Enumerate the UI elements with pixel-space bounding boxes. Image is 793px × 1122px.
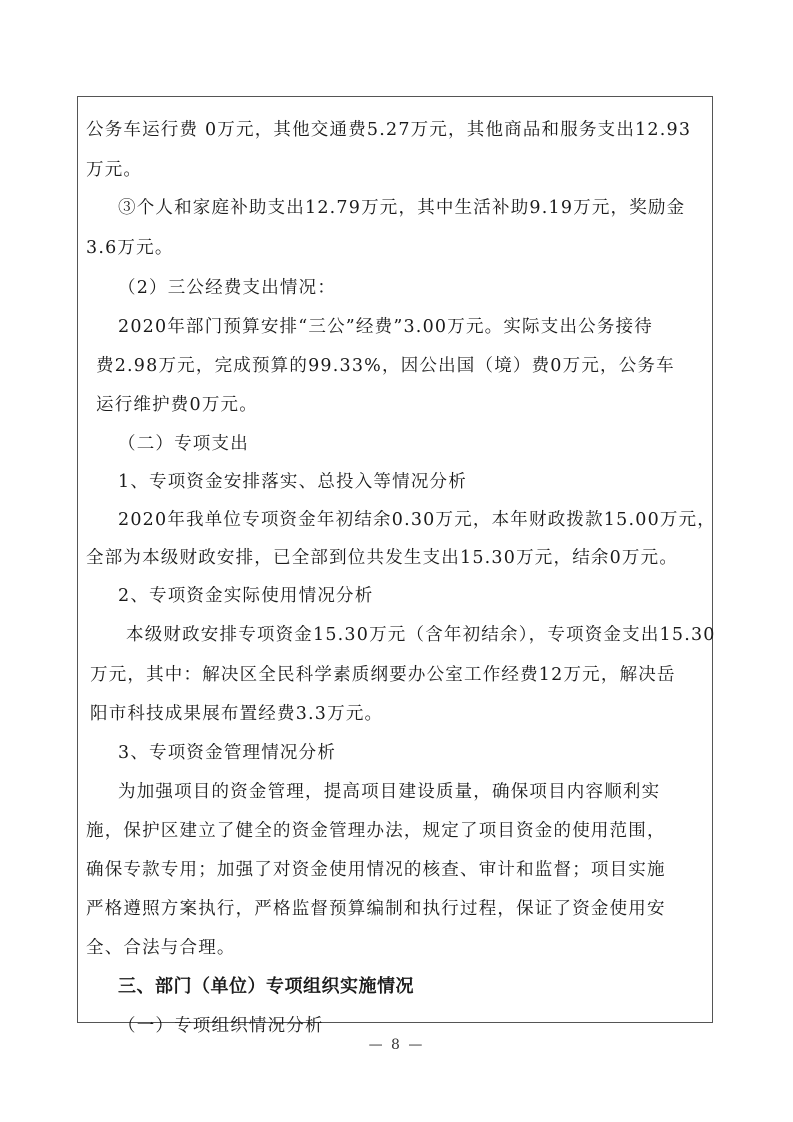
text-line: 全部为本级财政安排，已全部到位共发生支出15.30万元，结余0万元。: [86, 547, 678, 569]
subsection-heading: （一）专项组织情况分析: [118, 1015, 324, 1037]
text-line: 本级财政安排专项资金15.30万元（含年初结余），专项资金支出15.30: [126, 624, 716, 646]
text-line: ③个人和家庭补助支出12.79万元，其中生活补助9.19万元，奖励金: [118, 197, 685, 219]
subheading-1: 1、专项资金安排落实、总投入等情况分析: [118, 471, 467, 493]
text-line: 万元。: [86, 159, 142, 181]
text-line: 万元，其中：解决区全民科学素质纲要办公室工作经费12万元，解决岳: [90, 664, 676, 686]
text-line: 公务车运行费 0万元，其他交通费5.27万元，其他商品和服务支出12.93: [86, 119, 691, 141]
text-line: 阳市科技成果展布置经费3.3万元。: [90, 703, 383, 725]
text-line: 运行维护费0万元。: [96, 394, 258, 416]
text-line: 2020年部门预算安排“三公”经费”3.00万元。实际支出公务接待: [118, 316, 653, 338]
section-heading: 三、部门（单位）专项组织实施情况: [118, 976, 414, 998]
text-line: 3.6万元。: [86, 237, 174, 259]
text-line: 全、合法与合理。: [86, 937, 236, 959]
page-number: — 8 —: [0, 1037, 793, 1053]
text-line: 2020年我单位专项资金年初结余0.30万元，本年财政拨款15.00万元，: [118, 509, 716, 531]
text-line: 为加强项目的资金管理，提高项目建设质量，确保项目内容顺利实: [118, 781, 660, 803]
text-line: 施，保护区建立了健全的资金管理办法，规定了项目资金的使用范围，: [86, 820, 666, 842]
text-line: 严格遵照方案执行，严格监督预算编制和执行过程，保证了资金使用安: [86, 898, 666, 920]
subheading-sangong: （2）三公经费支出情况：: [118, 277, 336, 299]
text-line: 费2.98万元，完成预算的99.33%，因公出国（境）费0万元，公务车: [96, 355, 675, 377]
subheading-special-expenditure: （二）专项支出: [118, 433, 249, 455]
subheading-3: 3、专项资金管理情况分析: [118, 742, 336, 764]
subheading-2: 2、专项资金实际使用情况分析: [118, 585, 373, 607]
document-frame: 公务车运行费 0万元，其他交通费5.27万元，其他商品和服务支出12.93 万元…: [77, 96, 713, 1023]
text-line: 确保专款专用；加强了对资金使用情况的核查、审计和监督；项目实施: [86, 859, 666, 881]
